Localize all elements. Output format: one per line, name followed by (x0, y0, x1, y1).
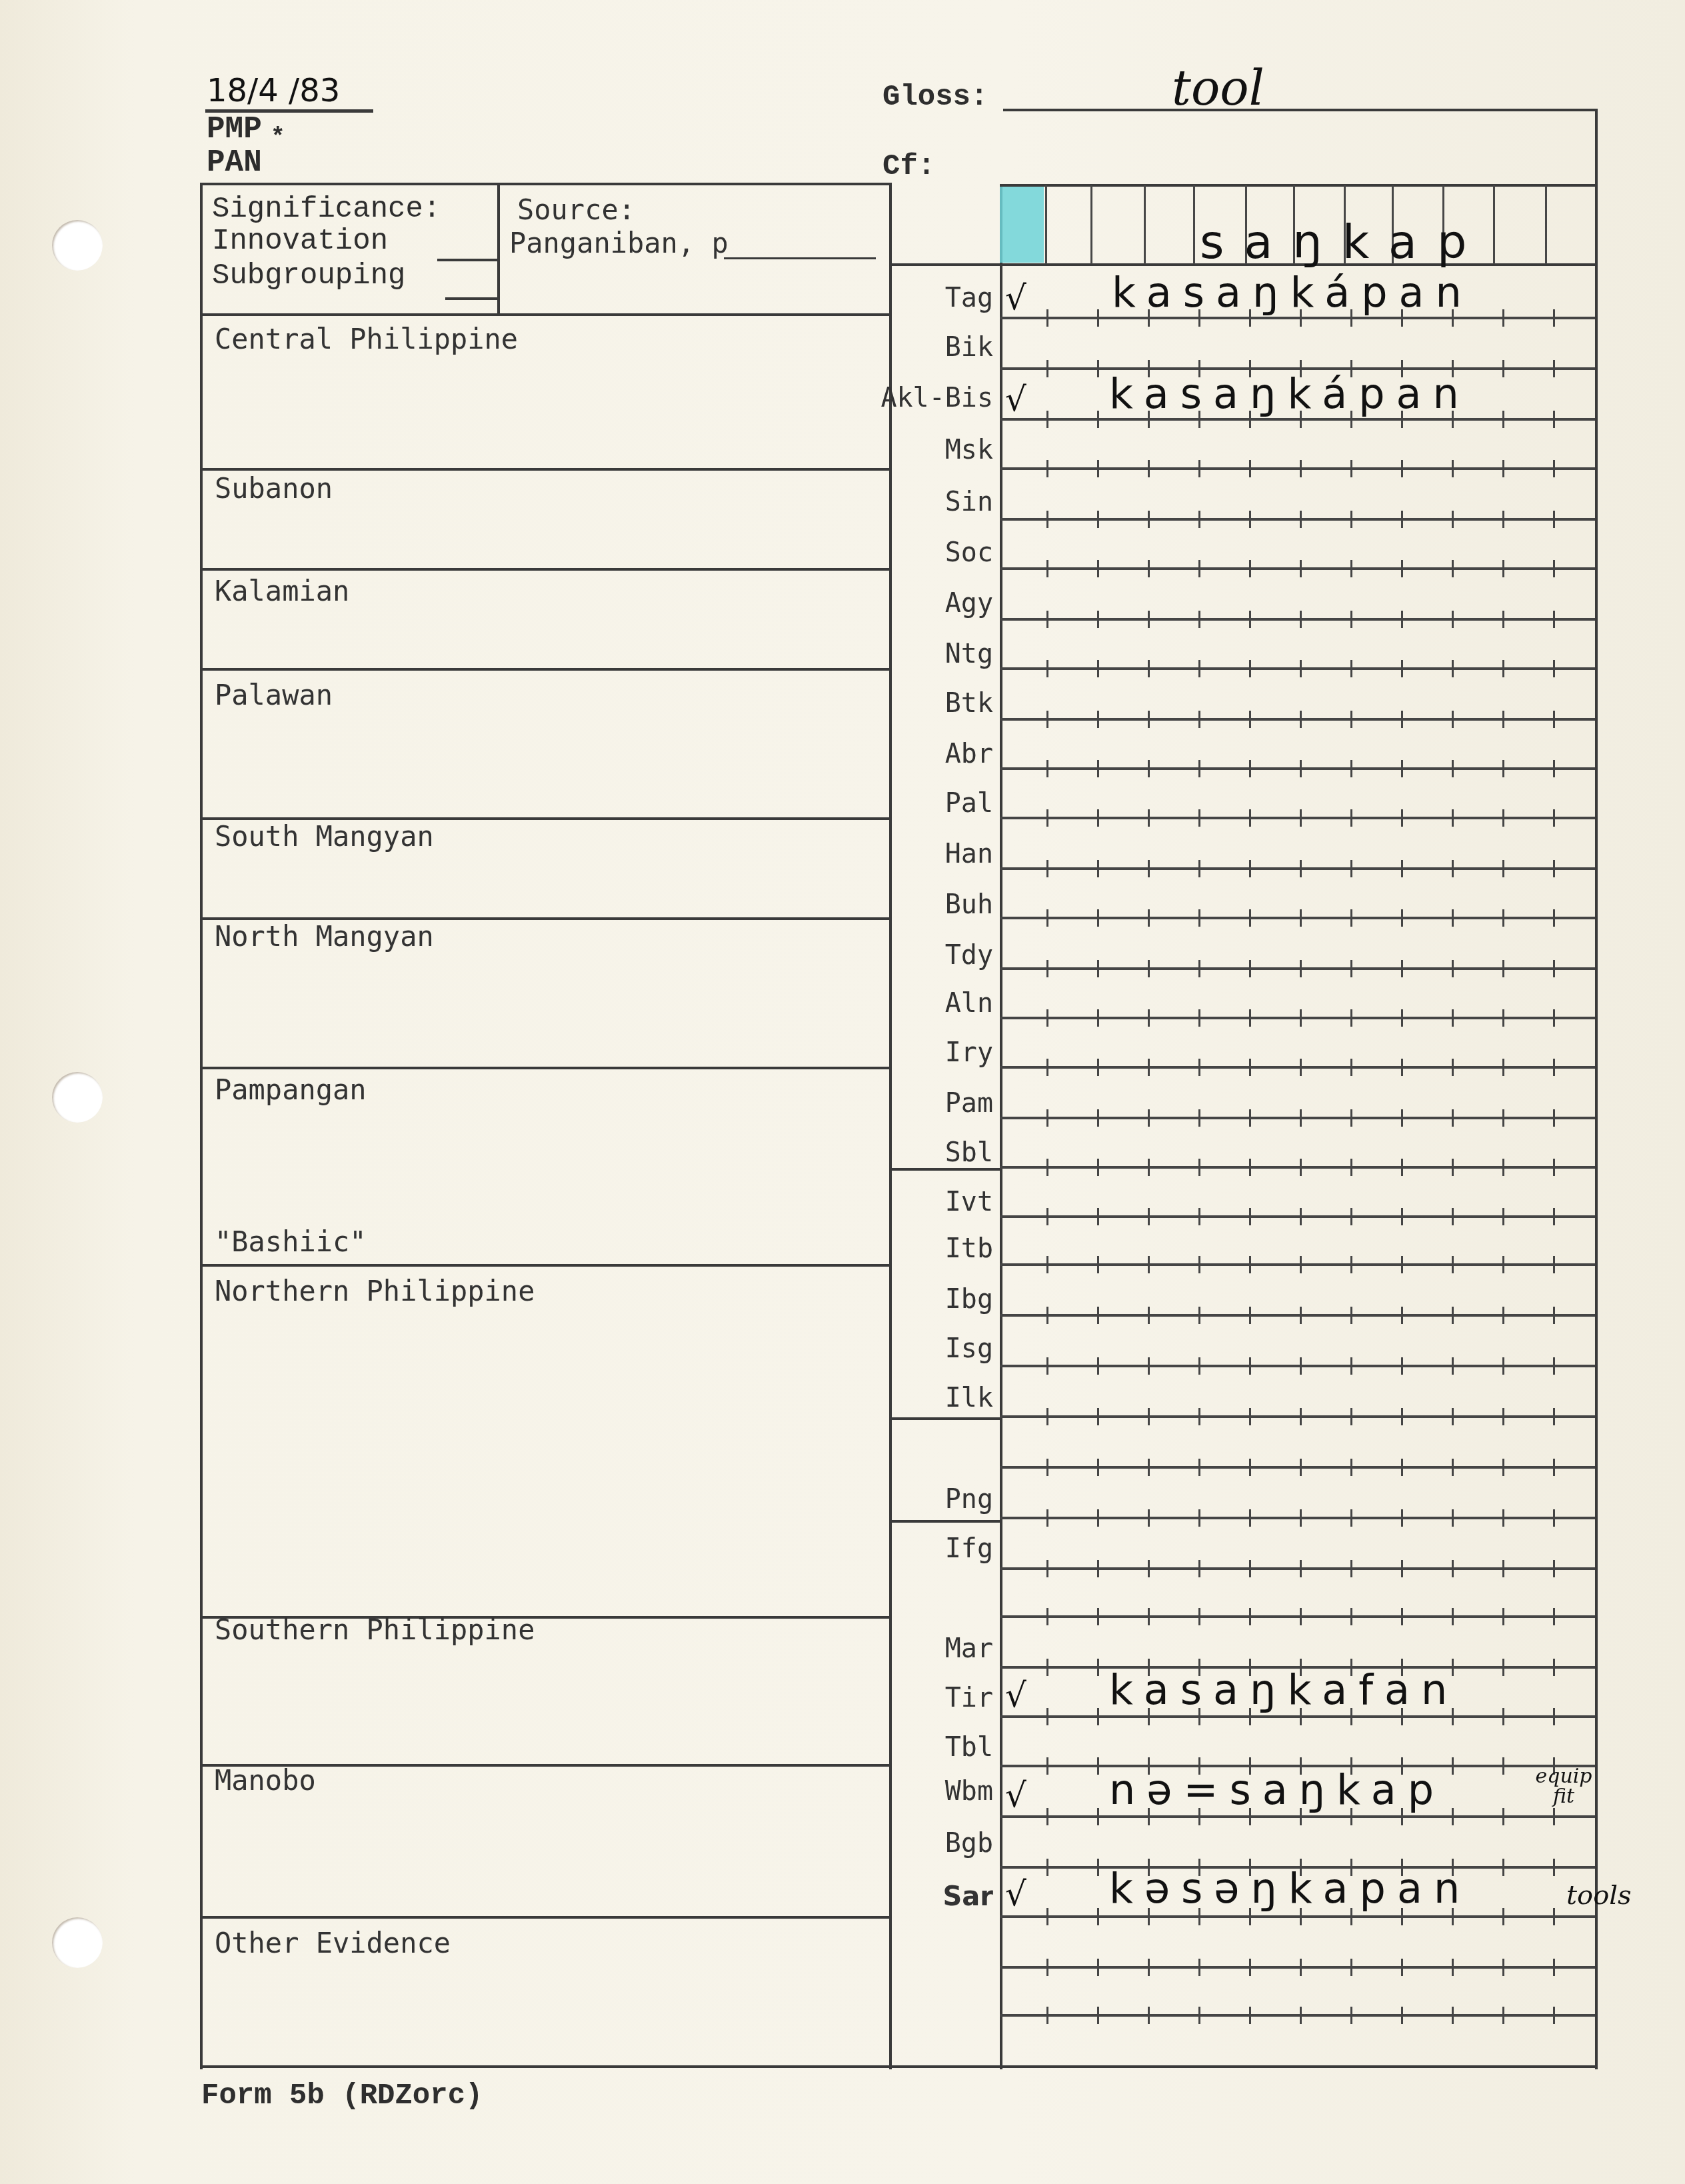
lang-code: Han (893, 839, 993, 869)
entry-line-blank[interactable] (1000, 1459, 1595, 1476)
lang-code: Msk (893, 435, 993, 465)
entry-line-aln[interactable] (1000, 1009, 1595, 1027)
lang-code: Ntg (893, 639, 993, 669)
check-mark-icon: √ (1005, 1676, 1026, 1715)
lang-code: Sar (893, 1881, 993, 1912)
gloss-underline (1003, 109, 1596, 111)
entry-tir[interactable]: kasaŋkafan (1109, 1665, 1458, 1714)
lang-code: Btk (893, 688, 993, 719)
cf-label: Cf: (882, 152, 935, 181)
check-mark-icon: √ (1005, 1776, 1026, 1815)
lang-code: Mar (893, 1633, 993, 1664)
note-wbm: equip fit (1533, 1767, 1594, 1807)
lang-code: Bgb (893, 1828, 993, 1859)
entry-tag[interactable]: kasaŋkápan (1112, 268, 1473, 317)
grid-right-border (1595, 184, 1598, 2069)
lang-code: Wbm (893, 1776, 993, 1807)
binder-hole-icon (52, 1917, 103, 1968)
entry-line-isg[interactable] (1000, 1357, 1595, 1375)
entry-line-ibg[interactable] (1000, 1307, 1595, 1324)
group-bashiic: "Bashiic" (215, 1225, 367, 1258)
entry-line-pam[interactable] (1000, 1109, 1595, 1127)
group-divider (200, 1916, 892, 1919)
lang-code: Sbl (893, 1137, 993, 1168)
left-border (200, 183, 203, 2069)
entry-line-han[interactable] (1000, 860, 1595, 877)
group-pampangan: Pampangan (215, 1073, 367, 1106)
entry-wbm[interactable]: nə=saŋkap (1109, 1765, 1445, 1814)
group-kalamian: Kalamian (215, 575, 349, 607)
entry-line-ilk[interactable] (1000, 1408, 1595, 1425)
entry-line-agy[interactable] (1000, 611, 1595, 628)
entry-line-msk[interactable] (1000, 460, 1595, 477)
note-sar: tools (1566, 1880, 1632, 1911)
binder-hole-icon (52, 220, 103, 271)
cell-divider (1545, 185, 1547, 264)
form-bottom-border (200, 2065, 1597, 2068)
entry-line-btk[interactable] (1000, 711, 1595, 728)
group-manobo: Manobo (215, 1764, 316, 1797)
lang-code: Tir (893, 1683, 993, 1713)
lang-code: Tag (893, 283, 993, 313)
group-divider (200, 1264, 892, 1267)
source-value: Panganiban, p (509, 227, 729, 259)
entry-line-png[interactable] (1000, 1509, 1595, 1527)
highlight-marker (1000, 187, 1044, 263)
entry-line-ntg[interactable] (1000, 660, 1595, 677)
lang-code: Sin (893, 487, 993, 517)
lang-code: Tdy (893, 940, 993, 971)
entry-line-buh[interactable] (1000, 909, 1595, 927)
lang-code: Soc (893, 537, 993, 568)
check-mark-icon: √ (1005, 279, 1026, 317)
protolang-pan: PAN (207, 145, 262, 180)
reconstruction-form[interactable]: saŋkap (1200, 215, 1486, 269)
sig-source-divider (497, 183, 500, 315)
group-divider (200, 668, 892, 671)
entry-line-sbl[interactable] (1000, 1159, 1595, 1176)
group-divider (200, 568, 892, 571)
gloss-value[interactable]: tool (1172, 60, 1264, 116)
lang-code: Akl-Bis (860, 383, 993, 413)
lang-code: Pam (893, 1088, 993, 1119)
top-border-left (200, 183, 892, 185)
entry-line-itb[interactable] (1000, 1256, 1595, 1273)
entry-line-soc[interactable] (1000, 560, 1595, 577)
cell-divider (1493, 185, 1495, 264)
group-palawan: Palawan (215, 679, 333, 711)
entry-line-ifg[interactable] (1000, 1560, 1595, 1577)
entry-line-blank[interactable] (1000, 1959, 1595, 1976)
group-subanon: Subanon (215, 472, 333, 505)
entry-line-blank[interactable] (1000, 1608, 1595, 1625)
asterisk-marker: * (271, 124, 285, 151)
cell-divider (1090, 185, 1092, 264)
lang-code: Iry (893, 1037, 993, 1068)
lang-code: Bik (893, 332, 993, 363)
check-mark-icon: √ (1005, 380, 1026, 419)
lang-code: Ilk (893, 1383, 993, 1413)
group-divider (889, 1417, 1000, 1420)
binder-hole-icon (52, 1072, 103, 1123)
protolang-pmp: PMP (207, 112, 262, 147)
check-mark-icon: √ (1005, 1875, 1026, 1913)
date-field: 18/4 /83 (207, 72, 340, 109)
lang-code: Itb (893, 1233, 993, 1264)
source-title: Source: (517, 193, 635, 226)
lang-code: Isg (893, 1333, 993, 1364)
entry-line-tdy[interactable] (1000, 960, 1595, 977)
group-north-mangyan: North Mangyan (215, 920, 434, 953)
entry-sar[interactable]: kəsəŋkapan (1109, 1864, 1471, 1913)
group-central-philippine: Central Philippine (215, 323, 518, 355)
entry-line-blank[interactable] (1000, 2007, 1595, 2024)
subgrouping-label: Subgrouping (212, 261, 405, 291)
group-south-mangyan: South Mangyan (215, 820, 434, 853)
top-border-right (1000, 184, 1597, 187)
group-divider (889, 1520, 1000, 1523)
lang-code: Abr (893, 739, 993, 769)
lang-code: Png (893, 1484, 993, 1515)
subgrouping-blank[interactable] (445, 297, 499, 300)
entry-line-pal[interactable] (1000, 809, 1595, 827)
group-southern-philippine: Southern Philippine (215, 1613, 535, 1646)
entry-line-abr[interactable] (1000, 760, 1595, 777)
lang-code: Aln (893, 988, 993, 1019)
entry-akl-bis[interactable]: kasaŋkápan (1109, 369, 1470, 418)
cell-divider (1144, 185, 1146, 264)
lang-code: Agy (893, 588, 993, 619)
code-column-left-border (889, 183, 892, 2069)
form-label: Form 5b (RDZorc) (201, 2081, 483, 2111)
lang-code: Ivt (893, 1187, 993, 1217)
group-other-evidence: Other Evidence (215, 1927, 451, 1959)
cell-divider (1045, 185, 1047, 264)
entry-line-iry[interactable] (1000, 1059, 1595, 1076)
cell-divider (1193, 185, 1195, 264)
group-divider (200, 468, 892, 471)
significance-title: Significance: (212, 195, 441, 224)
lang-code: Pal (893, 788, 993, 819)
group-northern-philippine: Northern Philippine (215, 1275, 535, 1307)
sig-box-bottom (200, 313, 892, 316)
source-page-blank[interactable] (724, 257, 876, 259)
gloss-label: Gloss: (882, 83, 988, 112)
frame-right-top (1595, 109, 1598, 185)
group-divider (200, 1067, 892, 1069)
innovation-blank[interactable] (437, 259, 499, 261)
lang-code: Tbl (893, 1732, 993, 1763)
entry-line-sin[interactable] (1000, 511, 1595, 528)
lang-code: Buh (893, 889, 993, 920)
lang-code: Ibg (893, 1284, 993, 1315)
innovation-label: Innovation (212, 227, 388, 256)
entry-line-ivt[interactable] (1000, 1208, 1595, 1225)
group-divider (889, 1168, 1000, 1171)
lang-code: Ifg (893, 1533, 993, 1564)
